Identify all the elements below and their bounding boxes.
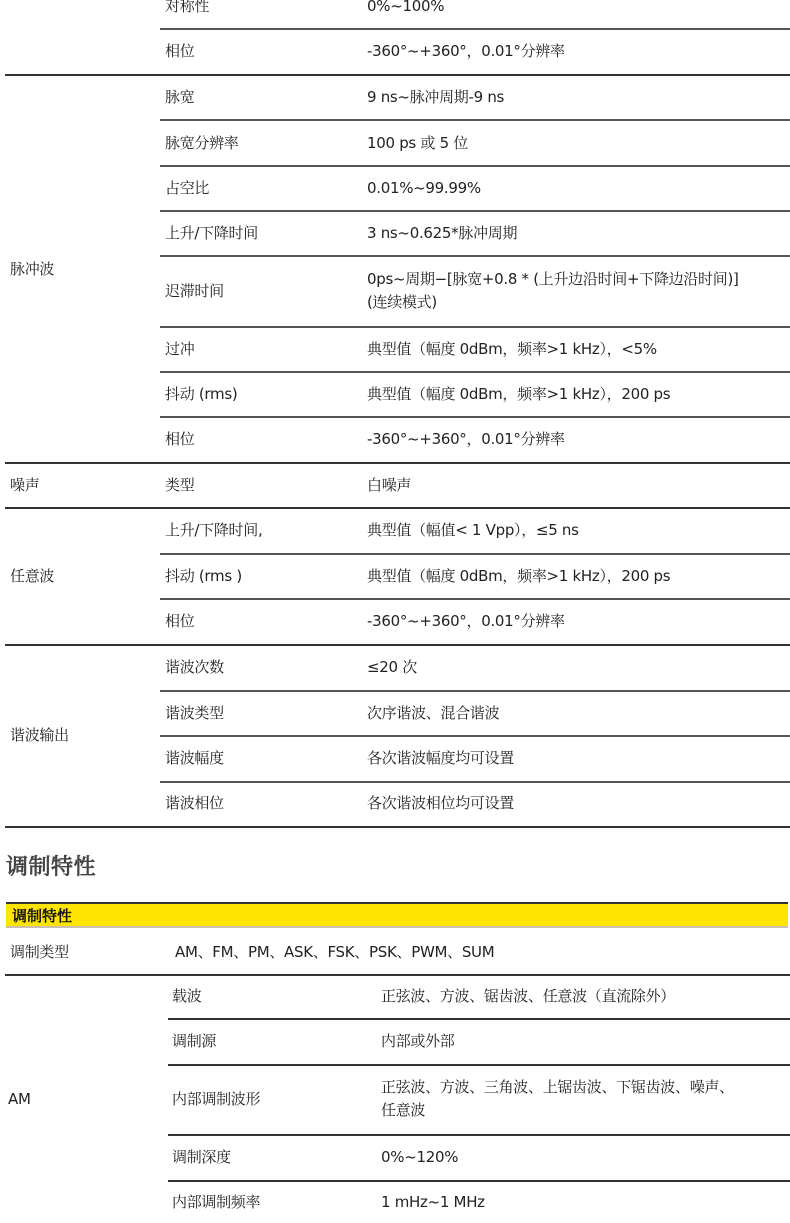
row-divider (168, 1180, 790, 1182)
group-divider (5, 974, 790, 976)
param-label: 调制深度 (172, 1147, 231, 1167)
category-label-harmonic: 谐波输出 (10, 725, 69, 745)
param-label: 对称性 (165, 0, 209, 16)
row-divider (168, 1064, 790, 1066)
row-divider (160, 165, 790, 167)
param-label: 脉宽 (165, 87, 194, 107)
group-divider (5, 507, 790, 509)
row-divider (160, 416, 790, 418)
param-value: 正弦波、方波、三角波、上锯齿波、下锯齿波、噪声、 (381, 1077, 734, 1097)
param-value: ≤20 次 (367, 657, 417, 677)
row-divider (168, 1018, 790, 1020)
row-divider (160, 371, 790, 373)
row-divider (160, 119, 790, 121)
param-value: 9 ns~脉冲周期-9 ns (367, 87, 504, 107)
param-value: 0%~120% (381, 1147, 458, 1167)
modulation-type-value: AM、FM、PM、ASK、FSK、PSK、PWM、SUM (175, 942, 494, 962)
param-label: 谐波类型 (165, 703, 224, 723)
row-divider (160, 28, 790, 30)
param-value: 内部或外部 (381, 1031, 455, 1051)
row-divider (160, 735, 790, 737)
param-label: 占空比 (165, 178, 209, 198)
param-label: 相位 (165, 611, 194, 631)
param-value: -360°~+360°，0.01°分辨率 (367, 41, 565, 61)
param-value: 典型值（幅度 0dBm，频率>1 kHz），200 ps (367, 566, 670, 586)
param-value: 典型值（幅度 0dBm，频率>1 kHz），200 ps (367, 384, 670, 404)
param-label: 过冲 (165, 339, 194, 359)
param-value: 0%~100% (367, 0, 444, 16)
row-divider (160, 690, 790, 692)
row-divider (160, 255, 790, 257)
section-title: 调制特性 (6, 853, 96, 883)
category-label-am: AM (8, 1089, 31, 1109)
param-value: 各次谐波相位均可设置 (367, 793, 514, 813)
group-divider (5, 462, 790, 464)
param-label: 内部调制频率 (172, 1192, 260, 1212)
category-label-noise: 噪声 (10, 475, 39, 495)
param-label: 调制源 (172, 1031, 216, 1051)
param-label: 谐波幅度 (165, 748, 224, 768)
param-value: 次序谐波、混合谐波 (367, 703, 499, 723)
row-divider (168, 1134, 790, 1136)
param-value: 各次谐波幅度均可设置 (367, 748, 514, 768)
param-label: 上升/下降时间 (165, 223, 258, 243)
param-label: 抖动 (rms ) (165, 566, 242, 586)
param-label: 迟滞时间 (165, 281, 224, 301)
param-label: 抖动 (rms) (165, 384, 237, 404)
row-divider (160, 210, 790, 212)
param-label: 上升/下降时间, (165, 520, 262, 540)
param-value-line2: (连续模式) (367, 292, 437, 312)
param-label: 相位 (165, 429, 194, 449)
group-divider (5, 74, 790, 76)
param-label: 相位 (165, 41, 194, 61)
param-value: -360°~+360°，0.01°分辨率 (367, 429, 565, 449)
category-label-arbitrary: 任意波 (10, 566, 54, 586)
param-value: 0ps~周期−[脉宽+0.8 * (上升边沿时间+下降边沿时间)] (367, 269, 739, 289)
table-header-bar: 调制特性 (6, 902, 788, 928)
param-value: 典型值（幅值< 1 Vpp），≤5 ns (367, 520, 579, 540)
param-value: 3 ns~0.625*脉冲周期 (367, 223, 517, 243)
param-value: 正弦波、方波、锯齿波、任意波（直流除外） (381, 986, 675, 1006)
row-divider (160, 781, 790, 783)
group-divider (5, 644, 790, 646)
param-value: 白噪声 (367, 475, 411, 495)
row-divider (160, 598, 790, 600)
param-value: 0.01%~99.99% (367, 178, 481, 198)
row-divider (160, 553, 790, 555)
group-divider (5, 826, 790, 828)
param-label: 载波 (172, 986, 201, 1006)
modulation-type-label: 调制类型 (10, 942, 69, 962)
param-value-line2: 任意波 (381, 1100, 425, 1120)
param-value: -360°~+360°，0.01°分辨率 (367, 611, 565, 631)
param-label: 内部调制波形 (172, 1089, 260, 1109)
param-value: 1 mHz~1 MHz (381, 1192, 485, 1212)
param-label: 类型 (165, 475, 194, 495)
category-label-pulse: 脉冲波 (10, 259, 54, 279)
table-header-label: 调制特性 (12, 906, 72, 926)
param-label: 脉宽分辨率 (165, 133, 239, 153)
row-divider (160, 326, 790, 328)
param-label: 谐波相位 (165, 793, 224, 813)
param-value: 典型值（幅度 0dBm，频率>1 kHz），<5% (367, 339, 657, 359)
param-value: 100 ps 或 5 位 (367, 133, 468, 153)
param-label: 谐波次数 (165, 657, 224, 677)
